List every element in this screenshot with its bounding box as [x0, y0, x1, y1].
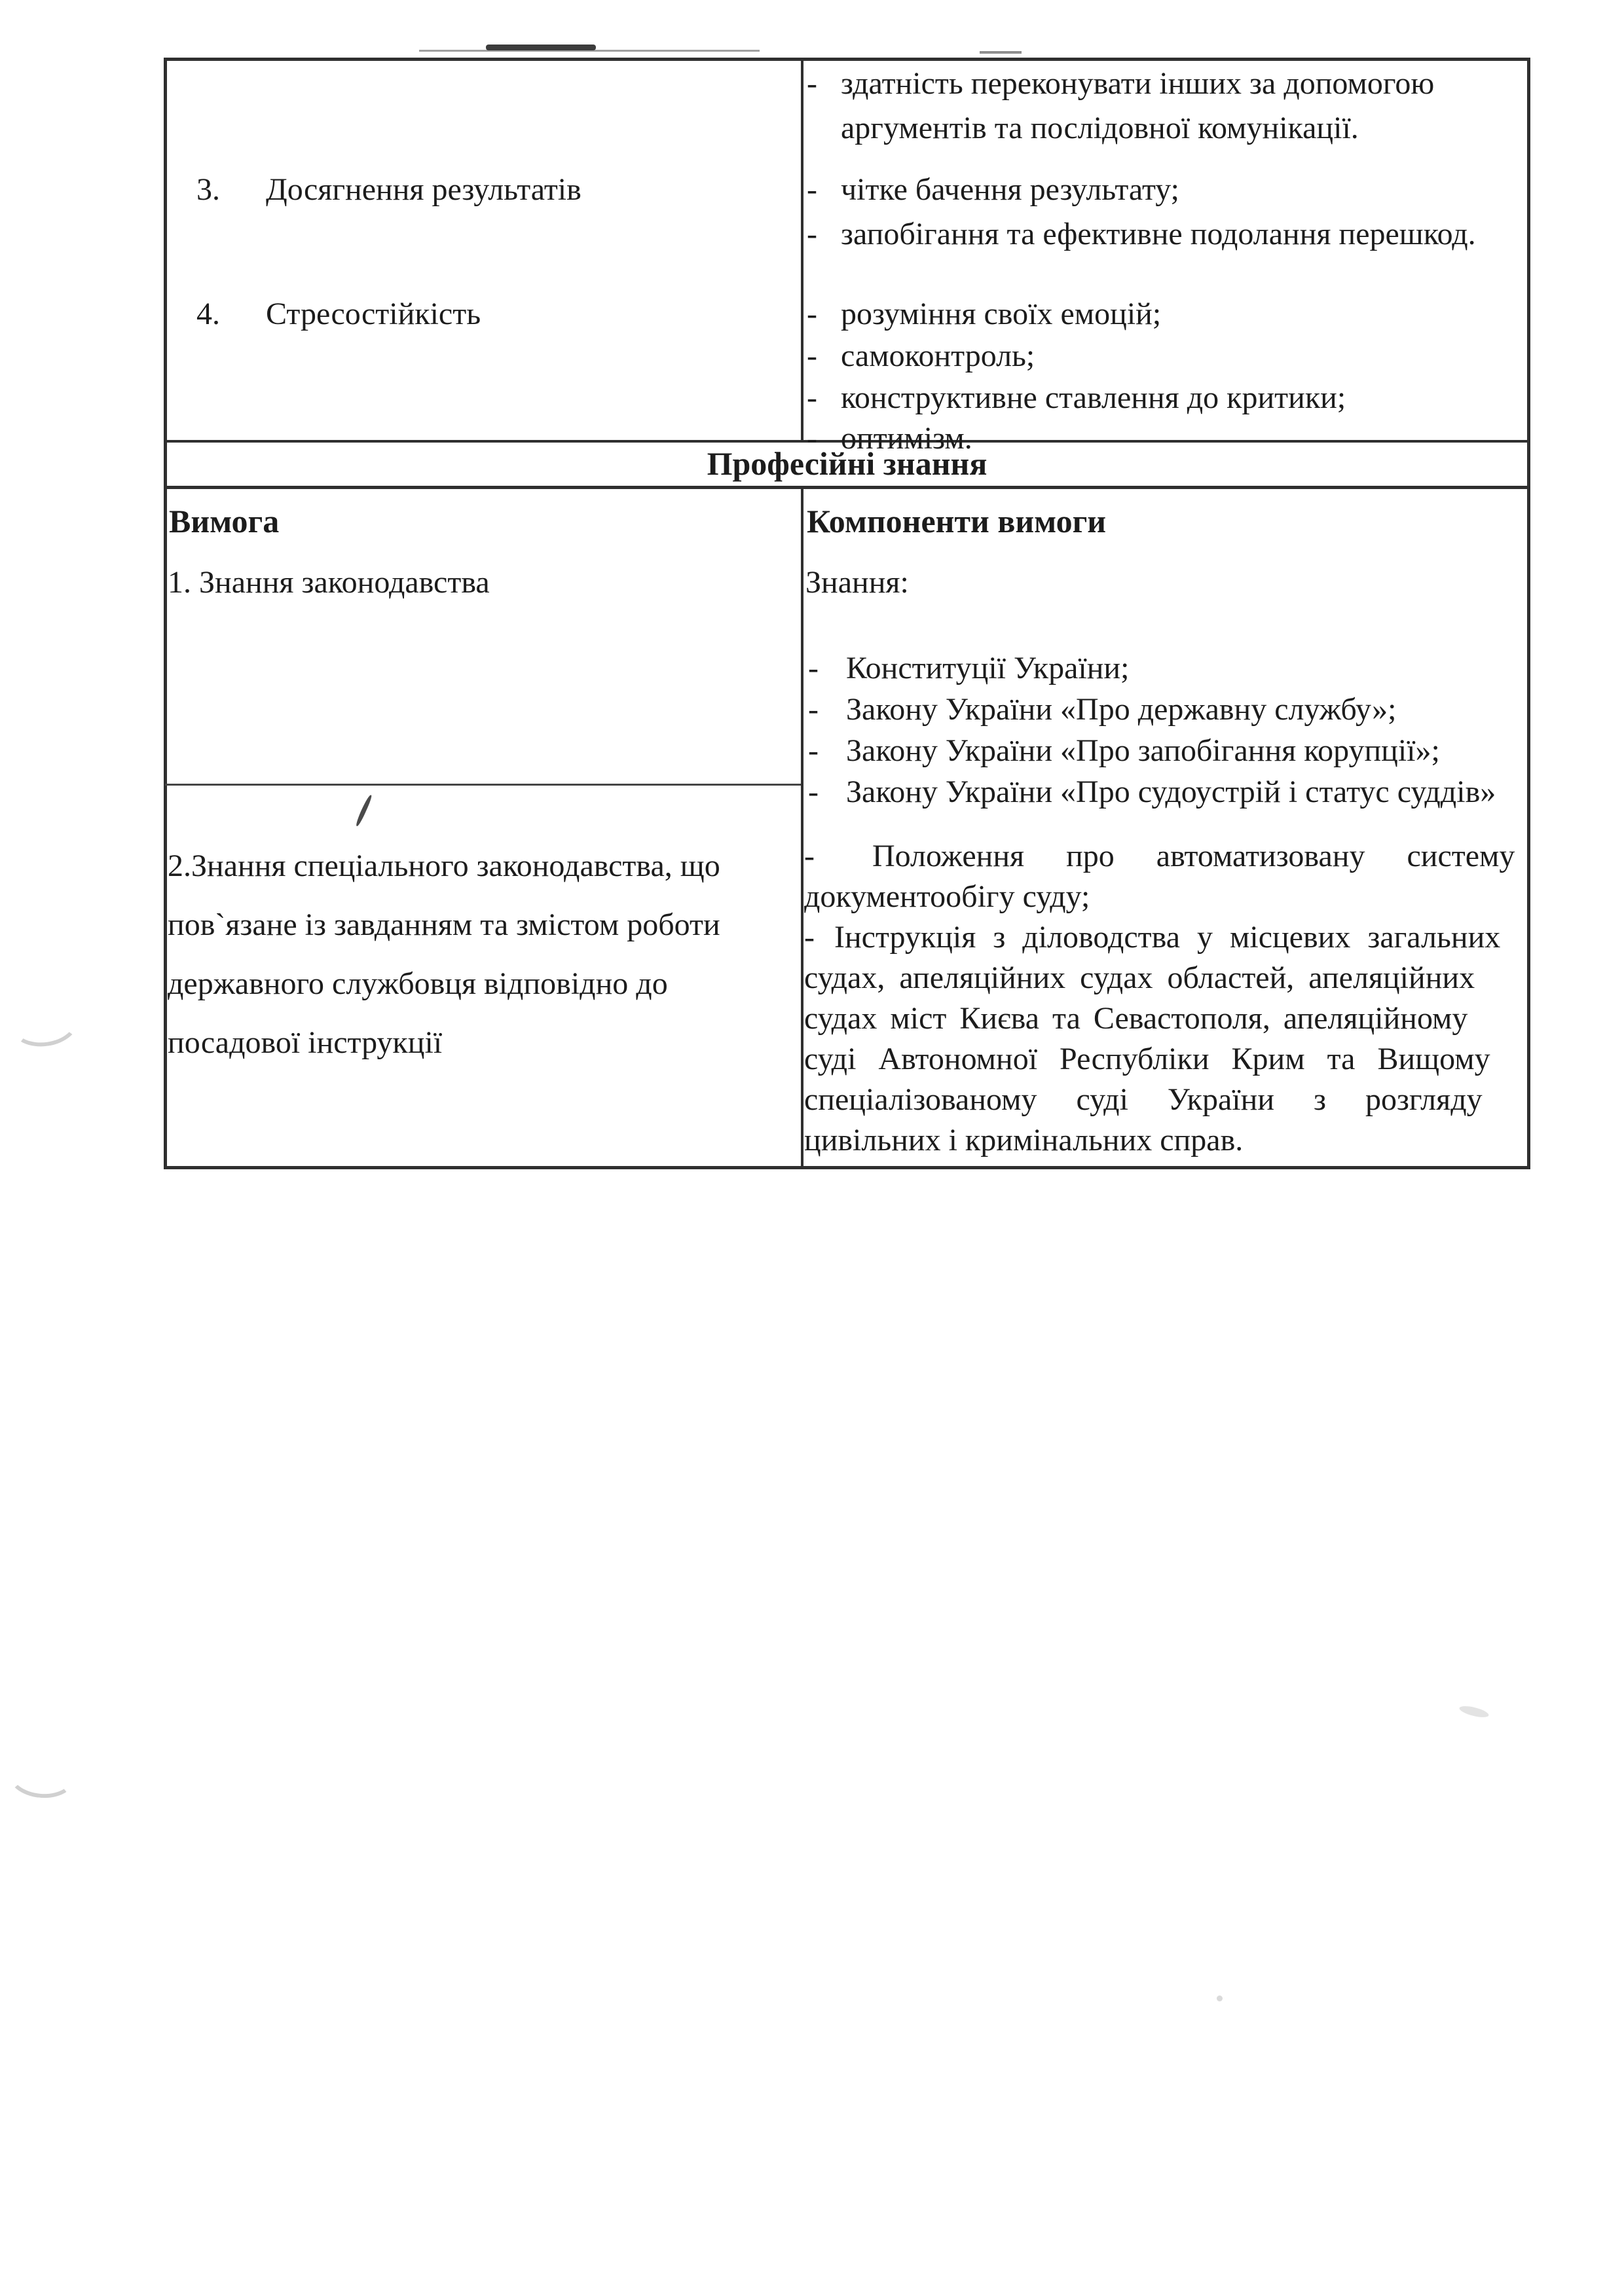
scan-speck [1217, 1995, 1223, 2001]
column-divider-lower [801, 486, 803, 1169]
component-line: документообігу суду; [804, 879, 1090, 915]
row-divider-left-column [165, 784, 801, 786]
dash: - [804, 838, 815, 875]
dash: - [807, 172, 817, 208]
component-line: Закону України «Про запобігання корупції… [846, 733, 1440, 769]
dash: - [808, 733, 819, 769]
component-line: Конституції України; [846, 650, 1129, 687]
column-header-components: Компоненти вимоги [807, 503, 1106, 539]
section-header: Професійні знання [164, 445, 1530, 482]
component-line: чітке бачення результату; [841, 172, 1179, 208]
dash: - [807, 296, 817, 333]
dash: - [807, 65, 817, 102]
column-header-requirement: Вимога [169, 503, 279, 539]
scan-streak [486, 45, 596, 50]
requirement-line: державного службовця відповідно до [168, 966, 668, 1002]
dash: - [804, 919, 815, 956]
component-line: суді Автономної Республіки Крим та Вищом… [804, 1041, 1490, 1078]
requirement-label: Досягнення результатів [266, 172, 581, 208]
component-line: Закону України «Про державну службу»; [846, 691, 1397, 728]
dash: - [808, 650, 819, 687]
components-intro: Знання: [805, 564, 909, 601]
dash: - [808, 691, 819, 728]
component-line: Положення про автоматизовану систему [872, 838, 1515, 875]
component-line: здатність переконувати інших за допомого… [841, 65, 1434, 102]
component-line: судах міст Києва та Севастополя, апеляці… [804, 1000, 1467, 1037]
row-number: 3. [196, 172, 220, 208]
dash: - [807, 338, 817, 374]
component-line: судах, апеляційних судах областей, апеля… [804, 960, 1475, 996]
scanned-document-page: - здатність переконувати інших за допомо… [0, 0, 1624, 2296]
margin-smudge [8, 996, 82, 1051]
scan-smudge [1458, 1704, 1490, 1720]
component-line: цивільних і кримінальних справ. [804, 1122, 1243, 1159]
requirement-line: посадової інструкції [168, 1025, 442, 1061]
header-row-bottom-border [164, 486, 1530, 489]
row-number: 4. [196, 296, 220, 333]
component-line: запобігання та ефективне подолання переш… [841, 216, 1476, 253]
scan-streak [980, 51, 1022, 54]
dash: - [807, 216, 817, 253]
component-line: розуміння своїх емоцій; [841, 296, 1161, 333]
component-line: Закону України «Про судоустрій і статус … [846, 774, 1496, 811]
dash: - [807, 380, 817, 416]
component-line: аргументів та послідовної комунікації. [841, 110, 1359, 147]
component-line: самоконтроль; [841, 338, 1035, 374]
requirement-label: 1. Знання законодавства [168, 564, 490, 601]
requirement-line: пов`язане із завданням та змістом роботи [168, 907, 720, 943]
component-line: спеціалізованому суді України з розгляду [804, 1082, 1483, 1118]
margin-smudge [6, 1749, 78, 1801]
dash: - [808, 774, 819, 811]
component-line: конструктивне ставлення до критики; [841, 380, 1346, 416]
column-divider-upper [801, 58, 803, 440]
requirement-line: 2.Знання спеціального законодавства, що [168, 848, 720, 884]
requirement-label: Стресостійкість [266, 296, 481, 333]
component-line: Інструкція з діловодства у місцевих зага… [834, 919, 1500, 956]
